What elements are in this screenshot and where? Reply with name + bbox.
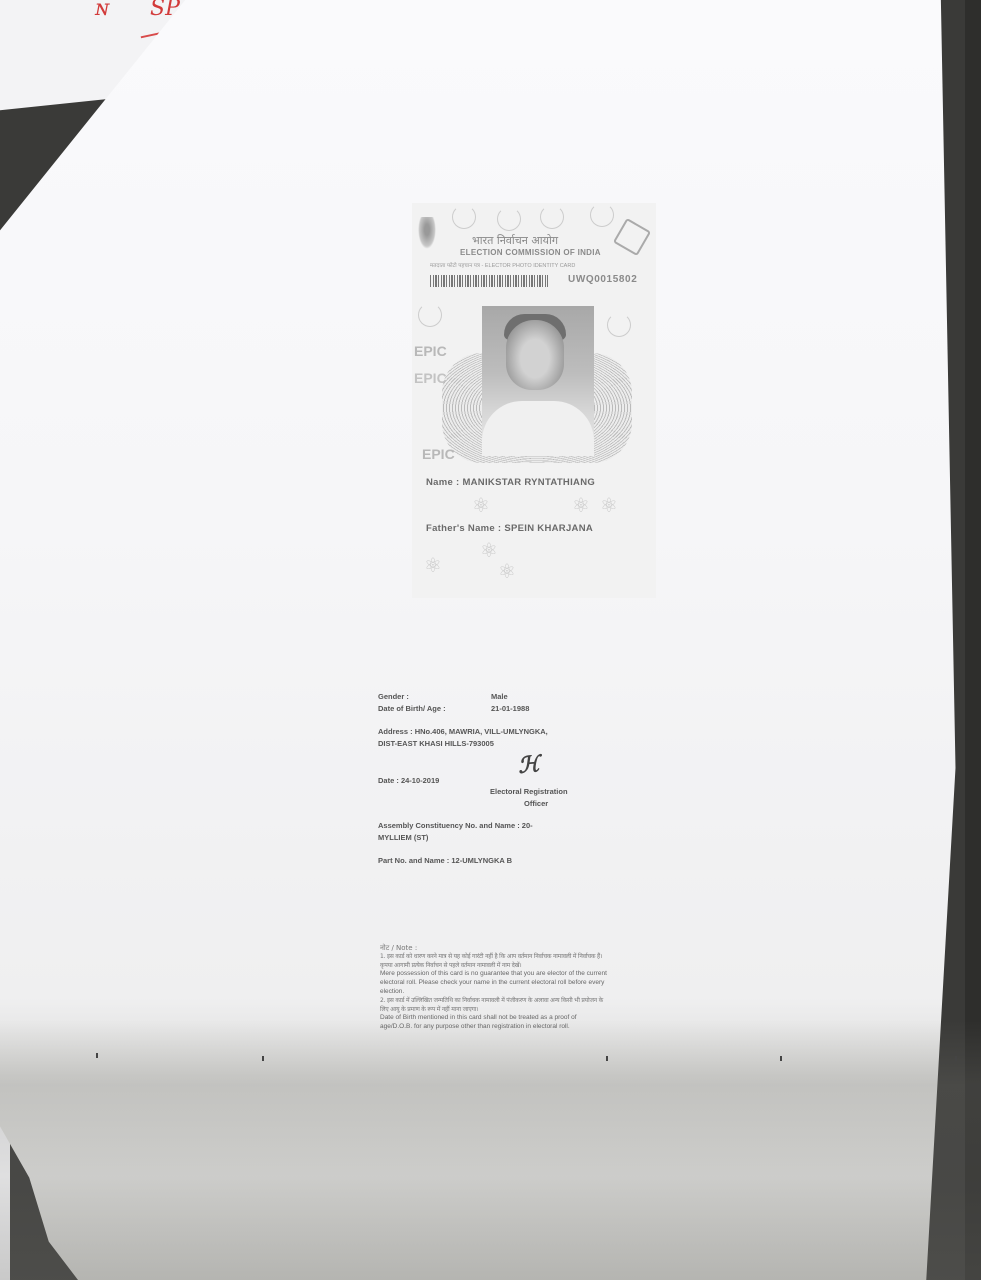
holder-photo — [482, 306, 594, 456]
gender-label: Gender : — [378, 692, 409, 701]
officer-signature: ℋ — [517, 751, 541, 779]
print-mark — [955, 1056, 957, 1061]
print-mark — [96, 1053, 98, 1058]
part-label: Part No. and Name : — [378, 856, 449, 865]
father-name-label: Father's Name : — [426, 523, 501, 534]
gender-value: Male — [491, 692, 508, 701]
address-label: Address : — [378, 727, 413, 736]
card-header: भारत निर्वाचन आयोग ELECTION COMMISSION O… — [412, 203, 656, 293]
constituency-row: Assembly Constituency No. and Name : 20- — [378, 821, 533, 830]
constituency-label: Assembly Constituency No. and Name : — [378, 821, 520, 830]
epic-watermark: EPIC — [422, 446, 455, 462]
decorative-swirl-icon — [452, 205, 476, 229]
national-emblem-icon — [418, 217, 436, 249]
issuer-name: ELECTION COMMISSION OF INDIA — [460, 248, 601, 257]
dob-label: Date of Birth/ Age : — [378, 704, 446, 713]
print-mark — [780, 1056, 782, 1061]
epic-number: UWQ0015802 — [568, 274, 637, 285]
address-row: Address : HNo.406, MAWRIA, VILL-UMLYNGKA… — [378, 727, 548, 736]
address-line-2: DIST-EAST KHASI HILLS-793005 — [378, 739, 494, 748]
voter-id-card-front: भारत निर्वाचन आयोग ELECTION COMMISSION O… — [412, 203, 656, 598]
officer-title-line-2: Officer — [524, 799, 548, 808]
atom-pattern-icon: ⚛ — [600, 493, 618, 518]
issue-date-row: Date : 24-10-2019 — [378, 776, 439, 785]
print-mark — [262, 1056, 264, 1061]
decorative-swirl-icon — [590, 203, 614, 227]
father-name: SPEIN KHARJANA — [504, 523, 593, 534]
part-row: Part No. and Name : 12-UMLYNGKA B — [378, 856, 512, 865]
holder-name: MANIKSTAR RYNTATHIANG — [462, 477, 595, 488]
note-english-1: Mere possession of this card is no guara… — [380, 970, 610, 996]
issuer-hindi: भारत निर्वाचन आयोग — [472, 233, 558, 248]
atom-pattern-icon: ⚛ — [572, 493, 590, 518]
part-value: 12-UMLYNGKA B — [451, 856, 512, 865]
atom-pattern-icon: ⚛ — [498, 559, 516, 584]
photo-zone: EPIC EPIC EPIC — [412, 298, 656, 468]
decorative-swirl-icon — [607, 313, 631, 337]
address-line-1: HNo.406, MAWRIA, VILL-UMLYNGKA, — [415, 727, 548, 736]
dob-value: 21-01-1988 — [491, 704, 529, 713]
atom-pattern-icon: ⚛ — [424, 553, 442, 578]
decorative-swirl-icon — [540, 205, 564, 229]
note-section: नोट / Note : 1. इस कार्ड को धारण करने मा… — [380, 944, 610, 1032]
constituency-name: MYLLIEM (ST) — [378, 833, 428, 842]
holder-name-row: Name : MANIKSTAR RYNTATHIANG — [426, 477, 595, 488]
decorative-swirl-icon — [497, 207, 521, 231]
decorative-swirl-icon — [418, 303, 442, 327]
evm-icon — [613, 218, 651, 256]
officer-title-line-1: Electoral Registration — [490, 787, 568, 796]
print-mark — [606, 1056, 608, 1061]
issue-date-label: Date : — [378, 776, 399, 785]
epic-watermark: EPIC — [414, 370, 447, 386]
note-english-2: Date of Birth mentioned in this card sha… — [380, 1014, 610, 1032]
father-name-row: Father's Name : SPEIN KHARJANA — [426, 523, 593, 534]
atom-pattern-icon: ⚛ — [472, 493, 490, 518]
atom-pattern-icon: ⚛ — [480, 538, 498, 563]
epic-watermark: EPIC — [414, 343, 447, 359]
name-label: Name : — [426, 477, 459, 488]
note-hindi-2: 2. इस कार्ड में उल्लिखित जन्मतिथि का निर… — [380, 997, 610, 1015]
note-heading: नोट / Note : — [380, 944, 610, 953]
handwritten-mark: ɴ — [95, 0, 109, 21]
page-fold-shadow — [0, 1020, 981, 1280]
card-type: मतदाता फोटो पहचान पत्र - ELECTOR PHOTO I… — [430, 261, 575, 269]
constituency-number: 20- — [522, 821, 533, 830]
issue-date: 24-10-2019 — [401, 776, 439, 785]
note-hindi-1: 1. इस कार्ड को धारण करने मात्र से यह कोई… — [380, 953, 610, 971]
barcode — [430, 275, 548, 287]
